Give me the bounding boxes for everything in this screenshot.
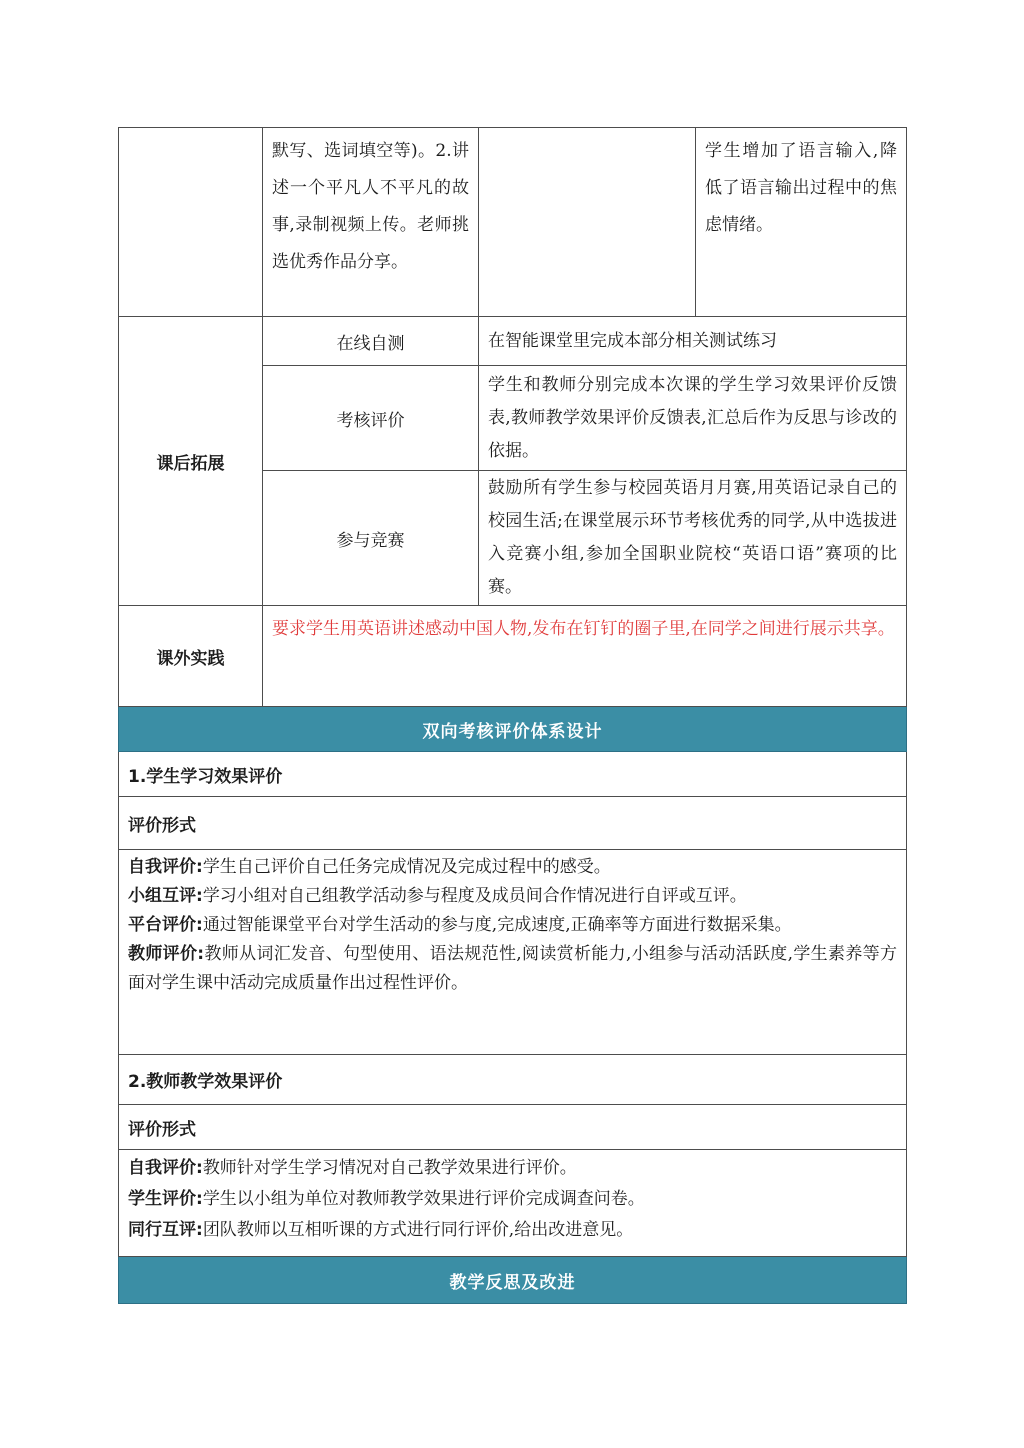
document-page: 默写、选词填空等)。2.讲述一个平凡人不平凡的故事,录制视频上传。老师挑选优秀作… (0, 0, 1024, 1448)
eval-item-text: 学生以小组为单位对教师教学效果进行评价完成调查问卷。 (203, 1189, 645, 1209)
section2-items-cell: 自我评价:教师针对学生学习情况对自己教学效果进行评价。 学生评价:学生以小组为单… (119, 1150, 907, 1257)
lesson-plan-table: 默写、选词填空等)。2.讲述一个平凡人不平凡的故事,录制视频上传。老师挑选优秀作… (118, 127, 907, 1304)
extracurricular-header-cell: 课外实践 (119, 606, 263, 707)
eval-item-label: 自我评价: (128, 1158, 203, 1178)
carryover-empty-header-cell (119, 128, 263, 317)
eval-item-label: 同行互评: (128, 1220, 203, 1240)
eval-item-text: 通过智能课堂平台对学生活动的参与度,完成速度,正确率等方面进行数据采集。 (203, 915, 792, 935)
eval-item-label: 平台评价: (128, 915, 203, 935)
eval-item-text: 学生自己评价自己任务完成情况及完成过程中的感受。 (203, 857, 611, 877)
teaching-reflection-banner: 教学反思及改进 (119, 1257, 907, 1304)
carryover-effect-cell: 学生增加了语言输入,降低了语言输出过程中的焦虑情绪。 (696, 128, 907, 317)
online-selftest-label-cell: 在线自测 (263, 317, 479, 366)
eval-item-group: 小组互评:学习小组对自己组教学活动参与程度及成员间合作情况进行自评或互评。 (128, 882, 897, 911)
evaluation-system-banner: 双向考核评价体系设计 (119, 707, 907, 752)
eval-item-self: 自我评价:教师针对学生学习情况对自己教学效果进行评价。 (128, 1153, 897, 1184)
section2-form-cell: 评价形式 (119, 1105, 907, 1150)
eval-item-peer: 同行互评:团队教师以互相听课的方式进行同行评价,给出改进意见。 (128, 1215, 897, 1246)
section1-form-cell: 评价形式 (119, 797, 907, 850)
section1-title-cell: 1.学生学习效果评价 (119, 752, 907, 797)
eval-item-label: 教师评价: (128, 944, 204, 964)
eval-item-label: 学生评价: (128, 1189, 203, 1209)
eval-item-label: 自我评价: (128, 857, 203, 877)
eval-item-student: 学生评价:学生以小组为单位对教师教学效果进行评价完成调查问卷。 (128, 1184, 897, 1215)
eval-item-teacher: 教师评价:教师从词汇发音、句型使用、语法规范性,阅读赏析能力,小组参与活动活跃度… (128, 940, 897, 998)
eval-item-label: 小组互评: (128, 886, 203, 906)
carryover-empty-middle-cell (479, 128, 696, 317)
assessment-desc-cell: 学生和教师分别完成本次课的学生学习效果评价反馈表,教师教学效果评价反馈表,汇总后… (479, 366, 907, 471)
eval-item-text: 学习小组对自己组教学活动参与程度及成员间合作情况进行自评或互评。 (203, 886, 747, 906)
section2-title-cell: 2.教师教学效果评价 (119, 1055, 907, 1105)
eval-item-text: 教师从词汇发音、句型使用、语法规范性,阅读赏析能力,小组参与活动活跃度,学生素养… (128, 944, 897, 993)
eval-item-platform: 平台评价:通过智能课堂平台对学生活动的参与度,完成速度,正确率等方面进行数据采集… (128, 911, 897, 940)
competition-label-cell: 参与竞赛 (263, 471, 479, 606)
eval-item-text: 教师针对学生学习情况对自己教学效果进行评价。 (203, 1158, 577, 1178)
after-class-header-cell: 课后拓展 (119, 317, 263, 606)
carryover-task-cell: 默写、选词填空等)。2.讲述一个平凡人不平凡的故事,录制视频上传。老师挑选优秀作… (263, 128, 479, 317)
assessment-label-cell: 考核评价 (263, 366, 479, 471)
eval-item-text: 团队教师以互相听课的方式进行同行评价,给出改进意见。 (203, 1220, 633, 1240)
extracurricular-desc-cell: 要求学生用英语讲述感动中国人物,发布在钉钉的圈子里,在同学之间进行展示共享。 (263, 606, 907, 707)
competition-desc-cell: 鼓励所有学生参与校园英语月月赛,用英语记录自己的校园生活;在课堂展示环节考核优秀… (479, 471, 907, 606)
eval-item-self: 自我评价:学生自己评价自己任务完成情况及完成过程中的感受。 (128, 853, 897, 882)
section1-items-cell: 自我评价:学生自己评价自己任务完成情况及完成过程中的感受。 小组互评:学习小组对… (119, 850, 907, 1055)
online-selftest-desc-cell: 在智能课堂里完成本部分相关测试练习 (479, 317, 907, 366)
